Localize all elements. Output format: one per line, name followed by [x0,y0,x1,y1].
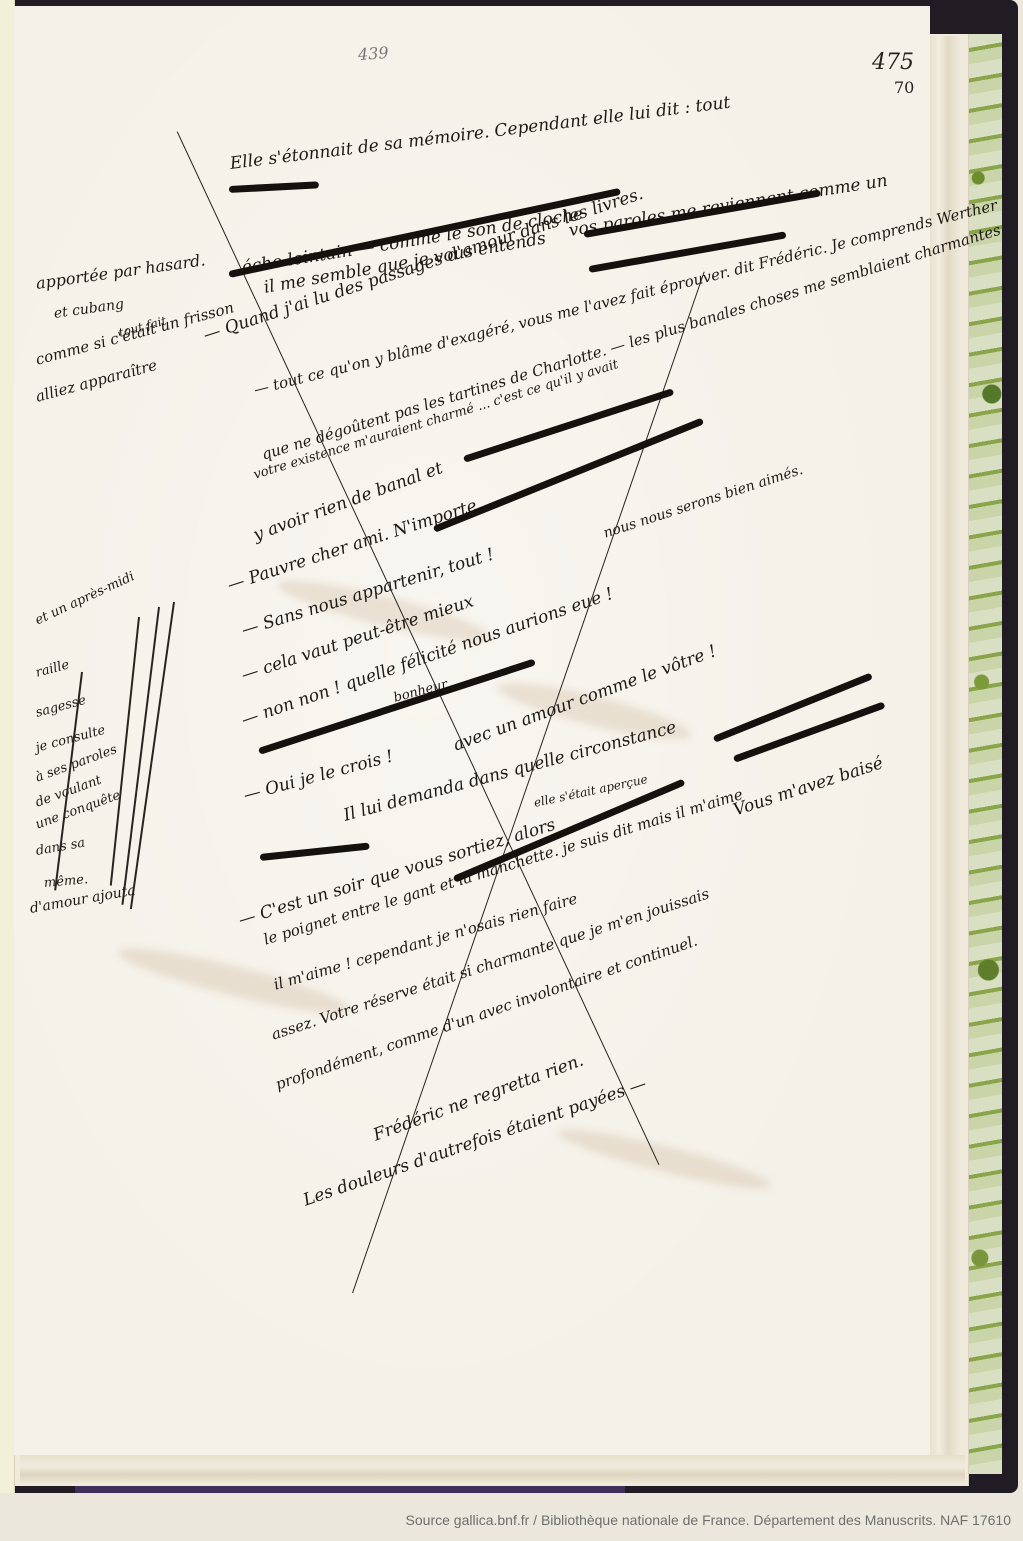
page-stack-bottom-edge [20,1455,965,1483]
text-line: Vous m'avez baisé [731,753,886,820]
text-line: nous nous serons bien aimés. [602,462,805,542]
folio-number-ink: 475 [872,50,914,75]
marbled-endpaper [968,34,1002,1474]
text-line: — Oui je le crois ! [241,746,395,805]
facing-page-edge [0,0,15,1493]
strikethrough [260,843,370,861]
margin-note: apportée par hasard. [35,250,207,293]
margin-note: et un après-midi [33,569,137,628]
folio-number-print: 70 [894,78,914,97]
margin-cancellation-stroke [121,607,160,905]
margin-note: même. [43,872,88,891]
strikethrough [733,701,886,762]
cancellation-line [176,131,659,1165]
manuscript-page: 439 475 70 Elle s'étonnait de sa mémoire… [14,6,930,1455]
strikethrough [713,673,873,743]
folio-number-pencil: 439 [357,43,389,64]
margin-note: raille [34,657,71,680]
text-line: Elle s'étonnait de sa mémoire. Cependant… [229,93,732,174]
source-attribution: Source gallica.bnf.fr / Bibliothèque nat… [0,1512,1011,1528]
strikethrough [229,181,319,193]
margin-note: et cubang [53,296,125,322]
ink-stain [554,1120,774,1198]
